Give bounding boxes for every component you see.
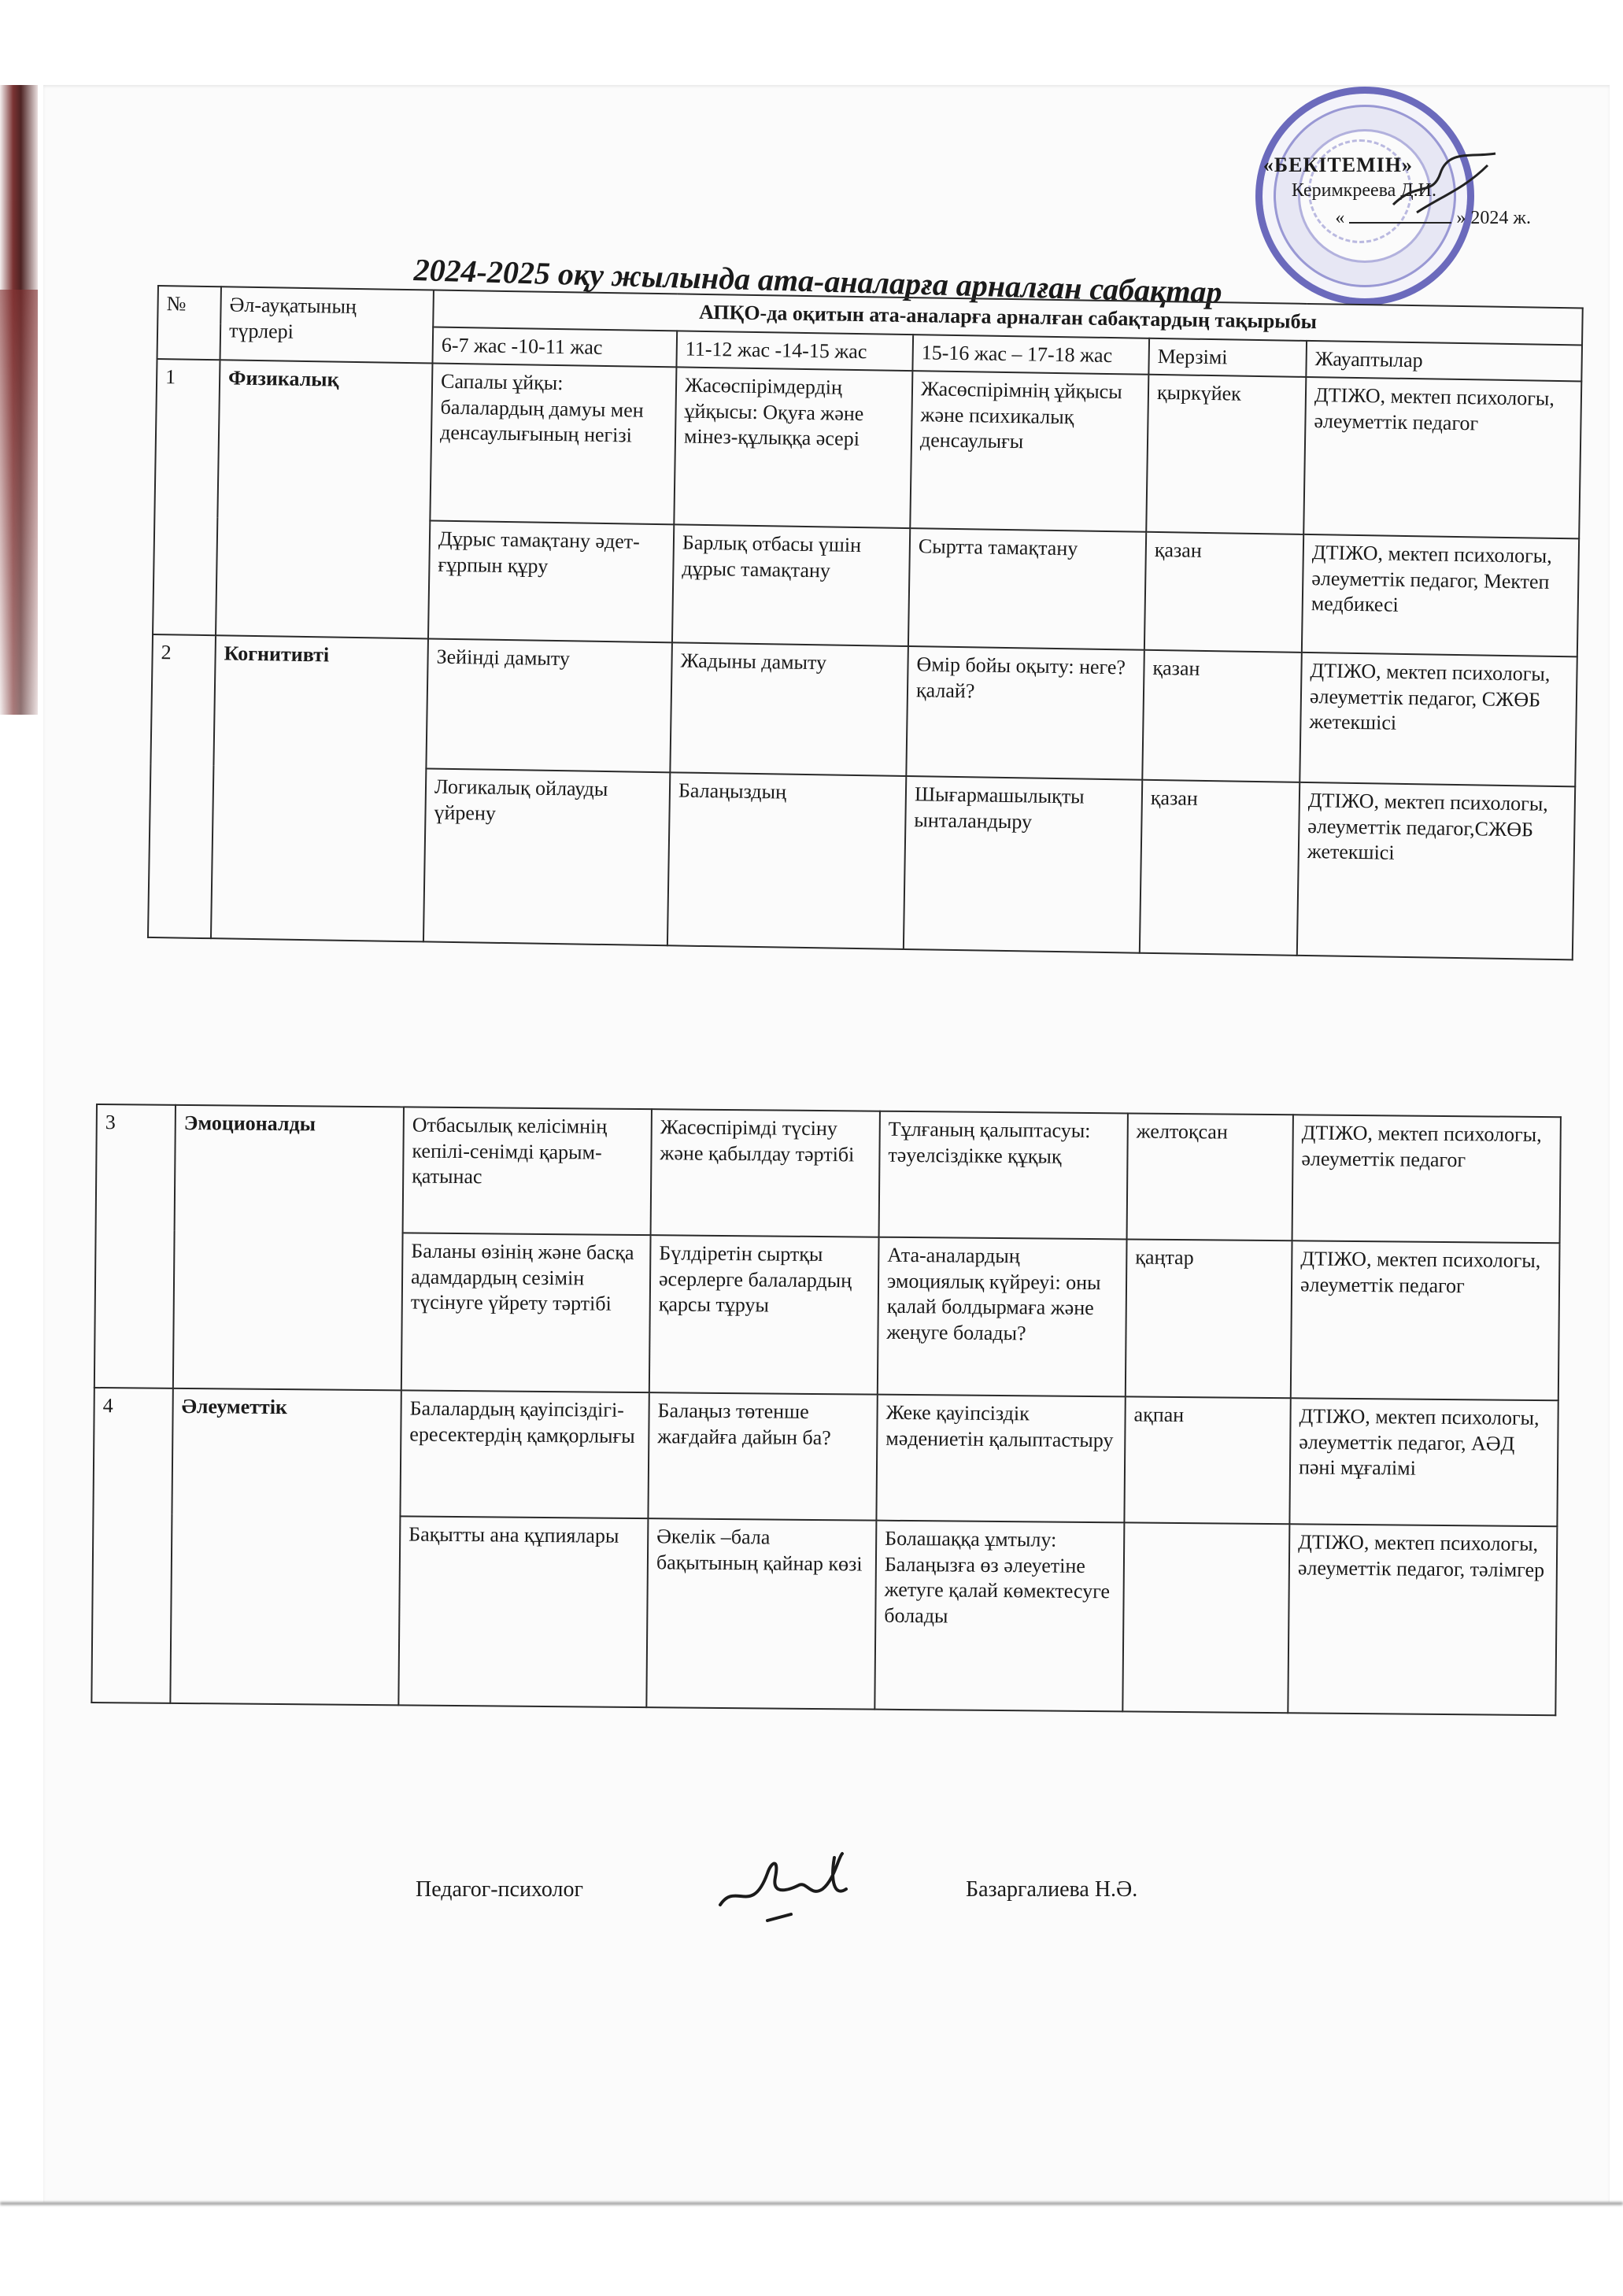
- cell-responsible: ДТІЖО, мектеп психологы, әлеуметтік педа…: [1291, 1240, 1560, 1400]
- page-edge-shadow: [0, 2202, 1623, 2213]
- date-open-quote: «: [1335, 208, 1344, 228]
- section-number: 2: [148, 634, 216, 938]
- binder-edge: [0, 85, 38, 715]
- section-type: Физикалық: [216, 360, 432, 638]
- cell-responsible: ДТІЖО, мектеп психологы, әлеуметтік педа…: [1302, 534, 1579, 656]
- cell-age-2: Әкелік –бала бақытының қайнар көзі: [646, 1518, 876, 1710]
- cell-age-1: Отбасылық келісімнің кепілі-сенімді қары…: [403, 1107, 652, 1235]
- section-type: Когнитивті: [211, 635, 428, 941]
- header-type: Әл-ауқатының түрлері: [220, 287, 434, 363]
- section-number: 4: [91, 1388, 172, 1703]
- handwritten-signature-icon: [704, 1842, 862, 1928]
- cell-age-2: Балаңыз төтенше жағдайға дайын ба?: [648, 1392, 877, 1521]
- approver-signature-icon: [1385, 150, 1503, 220]
- cell-age-3: Шығармашылықты ынталандыру: [904, 776, 1142, 953]
- cell-age-2: Жасөспірімді түсіну және қабылдау тәртіб…: [651, 1109, 880, 1237]
- cell-deadline: қыркүйек: [1146, 375, 1306, 534]
- header-number: №: [157, 286, 221, 360]
- signer-name: Базаргалиева Н.Ә.: [966, 1877, 1137, 1902]
- cell-deadline: қазан: [1142, 650, 1302, 782]
- approval-heading: «БЕКІТЕМІН»: [1200, 153, 1413, 177]
- cell-responsible: ДТІЖО, мектеп психологы, әлеуметтік педа…: [1292, 1115, 1561, 1243]
- cell-deadline: қаңтар: [1126, 1239, 1292, 1398]
- table-row: 4 Әлеуметтік Балалардың қауіпсіздігі-ере…: [93, 1388, 1558, 1526]
- cell-age-1: Балалардың қауіпсіздігі-ересектердің қам…: [400, 1390, 649, 1518]
- cell-age-3: Жеке қауіпсіздік мәдениетін қалыптастыру: [876, 1395, 1125, 1523]
- plan-table-part-2: 3 Эмоционалды Отбасылық келісімнің кепіл…: [91, 1104, 1562, 1716]
- table-row: 2 Когнитивті Зейінді дамыту Жадыны дамыт…: [150, 634, 1577, 786]
- cell-responsible: ДТІЖО, мектеп психологы, әлеуметтік педа…: [1289, 1398, 1558, 1526]
- cell-age-1: Баланы өзінің және басқа адамдардың сезі…: [401, 1233, 651, 1392]
- section-number: 1: [153, 359, 220, 635]
- section-number: 3: [94, 1104, 176, 1388]
- cell-age-1: Зейінді дамыту: [426, 638, 672, 772]
- cell-age-1: Бақытты ана құпиялары: [398, 1516, 648, 1707]
- cell-deadline: [1122, 1522, 1289, 1713]
- cell-age-2: Балаңыздың: [667, 772, 906, 949]
- signer-role: Педагог-психолог: [416, 1877, 583, 1902]
- plan-table-part-1: № Әл-ауқатының түрлері АПҚО-да оқитын ат…: [147, 285, 1584, 960]
- header-age-2: 11-12 жас -14-15 жас: [676, 331, 913, 371]
- cell-age-3: Сыртта тамақтану: [908, 528, 1146, 650]
- cell-age-2: Жадыны дамыту: [670, 642, 908, 776]
- cell-deadline: ақпан: [1124, 1396, 1290, 1524]
- cell-age-1: Сапалы ұйқы: балалардың дамуы мен денсау…: [430, 364, 676, 525]
- section-type: Әлеуметтік: [170, 1388, 401, 1706]
- header-age-1: 6-7 жас -10-11 жас: [432, 327, 677, 367]
- cell-age-2: Жасөспірімдердің ұйқысы: Оқуға және міне…: [674, 367, 912, 528]
- cell-age-3: Өмір бойы оқыту: неге? қалай?: [906, 646, 1144, 780]
- cell-age-1: Дұрыс тамақтану әдет-ғұрпын құру: [428, 520, 674, 642]
- cell-age-3: Болашаққа ұмтылу: Балаңызға өз әлеуетіне…: [874, 1521, 1124, 1712]
- header-age-3: 15-16 жас – 17-18 жас: [912, 335, 1149, 375]
- cell-responsible: ДТІЖО, мектеп психологы, әлеуметтік педа…: [1288, 1524, 1557, 1715]
- cell-age-3: Тұлғаның қалыптасуы: тәуелсіздікке құқық: [879, 1111, 1128, 1240]
- header-responsible: Жауаптылар: [1306, 340, 1582, 381]
- cell-deadline: желтоқсан: [1127, 1113, 1293, 1240]
- cell-age-2: Бүлдіретін сыртқы әсерлерге балалардың қ…: [649, 1235, 879, 1395]
- section-type: Эмоционалды: [173, 1105, 404, 1391]
- header-deadline: Мерзімі: [1148, 338, 1307, 377]
- date-blank: [1349, 222, 1451, 224]
- cell-age-2: Барлық отбасы үшін дұрыс тамақтану: [672, 524, 910, 646]
- cell-responsible: ДТІЖО, мектеп психологы, әлеуметтік педа…: [1300, 653, 1577, 786]
- cell-deadline: қазан: [1144, 532, 1303, 653]
- table-row: 1 Физикалық Сапалы ұйқы: балалардың даму…: [154, 359, 1581, 538]
- cell-age-3: Жасөспірімнің ұйқысы және психикалық ден…: [910, 371, 1148, 532]
- table-row: 3 Эмоционалды Отбасылық келісімнің кепіл…: [96, 1104, 1561, 1243]
- cell-responsible: ДТІЖО, мектеп психологы, әлеуметтік педа…: [1303, 377, 1581, 538]
- cell-age-3: Ата-аналардың эмоциялық күйреуі: оны қал…: [878, 1237, 1127, 1397]
- cell-age-1: Логикалық ойлауды үйрену: [423, 768, 670, 945]
- cell-deadline: қазан: [1140, 780, 1300, 956]
- cell-responsible: ДТІЖО, мектеп психологы, әлеуметтік педа…: [1297, 782, 1575, 959]
